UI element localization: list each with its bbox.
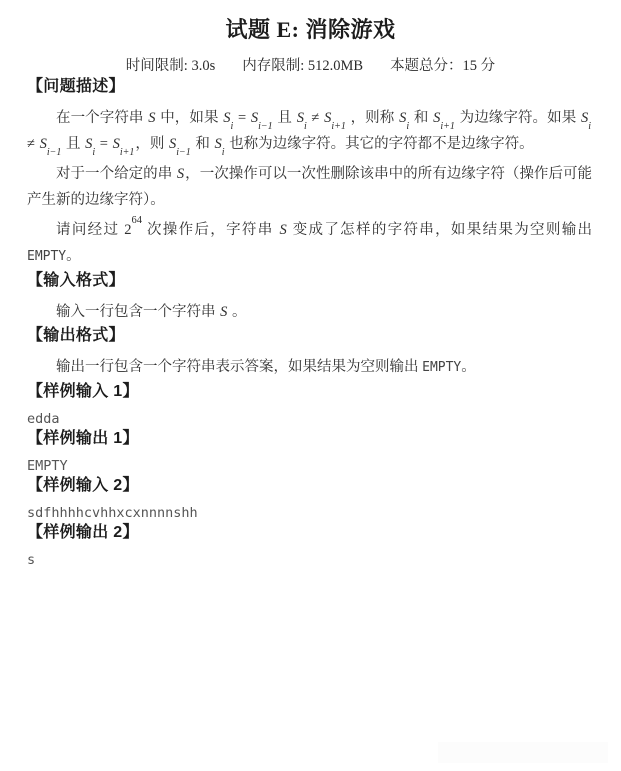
section-heading-output-format: 【输出格式】 xyxy=(27,325,592,346)
math-variable: Si−1 xyxy=(39,136,63,152)
input-format-paragraph: 输入一行包含一个字符串 S 。 xyxy=(27,299,592,325)
page-title: 试题 E: 消除游戏 xyxy=(0,0,621,44)
math-variable: S xyxy=(279,222,288,238)
problem-paragraph-2: 对于一个给定的串 S，一次操作可以一次性删除该串中的所有边缘字符（操作后可能产生… xyxy=(27,161,592,213)
output-format-paragraph: 输出一行包含一个字符串表示答案，如果结果为空则输出 EMPTY。 xyxy=(27,354,592,381)
math-variable: Si xyxy=(84,136,96,152)
math-variable: Si+1 xyxy=(112,136,136,152)
inline-code: EMPTY xyxy=(27,249,66,264)
math-variable: S xyxy=(219,304,228,320)
math-variable: S xyxy=(147,110,156,126)
math-variable: S xyxy=(176,166,185,182)
section-heading-input-format: 【输入格式】 xyxy=(27,270,592,291)
time-limit: 时间限制: 3.0s xyxy=(126,58,215,74)
math-variable: Si−1 xyxy=(168,136,192,152)
sample2-output-value: s xyxy=(27,551,592,569)
section-heading-problem-description: 【问题描述】 xyxy=(27,76,592,97)
sample1-output-heading: 【样例输出 1】 xyxy=(27,428,592,449)
math-variable: Si xyxy=(222,110,234,126)
problem-paragraph-1: 在一个字符串 S 中，如果 Si = Si−1 且 Si ≠ Si+1 ，则称 … xyxy=(27,105,592,157)
sample2-output-heading: 【样例输出 2】 xyxy=(27,522,592,543)
problem-paragraph-3: 请问经过 264 次操作后，字符串 S 变成了怎样的字符串，如果结果为空则输出 … xyxy=(27,217,592,270)
math-variable: Si xyxy=(214,136,226,152)
total-score: 本题总分：15 分 xyxy=(390,58,495,74)
faint-artifact-box xyxy=(438,742,608,763)
sample1-output-value: EMPTY xyxy=(27,457,592,475)
math-variable: Si−1 xyxy=(250,110,274,126)
math-variable: Si xyxy=(580,110,592,126)
inline-code: EMPTY xyxy=(422,360,461,375)
math-variable: Si xyxy=(296,110,308,126)
math-power: 264 xyxy=(124,222,142,238)
sample2-input-heading: 【样例输入 2】 xyxy=(27,475,592,496)
limits-line: 时间限制: 3.0s内存限制: 512.0MB本题总分：15 分 xyxy=(0,56,621,76)
problem-document-page: 试题 E: 消除游戏 时间限制: 3.0s内存限制: 512.0MB本题总分：1… xyxy=(0,0,621,771)
sample2-input-value: sdfhhhhcvhhxcxnnnnshh xyxy=(27,504,592,522)
math-variable: Si xyxy=(398,110,410,126)
math-variable: Si+1 xyxy=(432,110,456,126)
sample1-input-value: edda xyxy=(27,410,592,428)
sample1-input-heading: 【样例输入 1】 xyxy=(27,381,592,402)
document-body: 【问题描述】 在一个字符串 S 中，如果 Si = Si−1 且 Si ≠ Si… xyxy=(0,76,621,569)
math-variable: Si+1 xyxy=(323,110,347,126)
memory-limit: 内存限制: 512.0MB xyxy=(242,58,363,74)
